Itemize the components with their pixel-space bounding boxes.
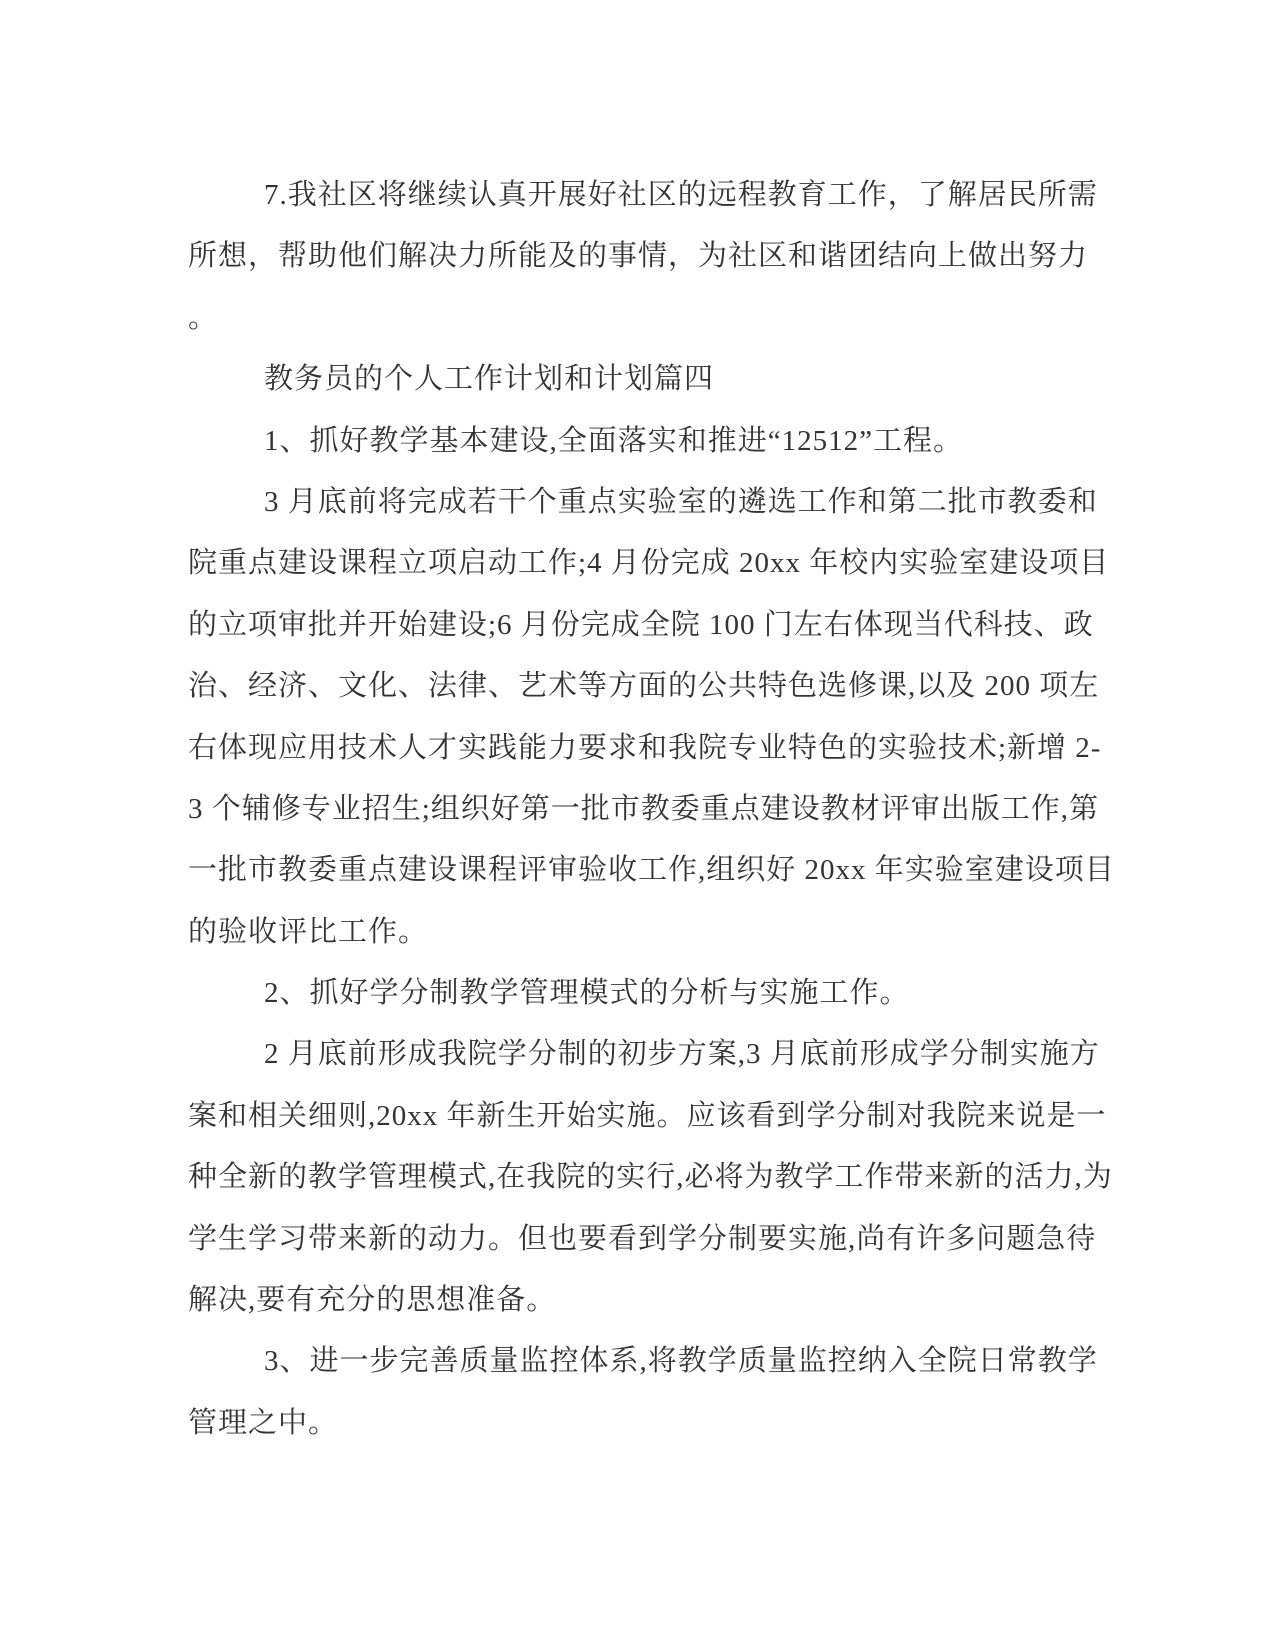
document-page: 7.我社区将继续认真开展好社区的远程教育工作，了解居民所需所想，帮助他们解决力所… bbox=[0, 0, 1275, 1650]
text-line: 3 个辅修专业招生;组织好第一批市教委重点建设教材评审出版工作,第 bbox=[188, 779, 1168, 840]
text-line: 的验收评比工作。 bbox=[188, 902, 1168, 963]
text-line: 治、经济、文化、法律、艺术等方面的公共特色选修课,以及 200 项左 bbox=[188, 656, 1168, 717]
text-line: 3 月底前将完成若干个重点实验室的遴选工作和第二批市教委和 bbox=[188, 472, 1168, 533]
text-line: 所想，帮助他们解决力所能及的事情，为社区和谐团结向上做出努力 bbox=[188, 226, 1168, 287]
text-line: 1、抓好教学基本建设,全面落实和推进“12512”工程。 bbox=[188, 411, 1168, 472]
text-line: 种全新的教学管理模式,在我院的实行,必将为教学工作带来新的活力,为 bbox=[188, 1147, 1168, 1208]
document-text-block: 7.我社区将继续认真开展好社区的远程教育工作，了解居民所需所想，帮助他们解决力所… bbox=[188, 165, 1168, 1454]
text-line: 2、抓好学分制教学管理模式的分析与实施工作。 bbox=[188, 963, 1168, 1024]
text-line: 一批市教委重点建设课程评审验收工作,组织好 20xx 年实验室建设项目 bbox=[188, 840, 1168, 901]
text-line: 学生学习带来新的动力。但也要看到学分制要实施,尚有许多问题急待 bbox=[188, 1209, 1168, 1270]
text-line: 解决,要有充分的思想准备。 bbox=[188, 1270, 1168, 1331]
text-line: 教务员的个人工作计划和计划篇四 bbox=[188, 349, 1168, 410]
text-line: 7.我社区将继续认真开展好社区的远程教育工作，了解居民所需 bbox=[188, 165, 1168, 226]
text-line: 的立项审批并开始建设;6 月份完成全院 100 门左右体现当代科技、政 bbox=[188, 595, 1168, 656]
text-line: 案和相关细则,20xx 年新生开始实施。应该看到学分制对我院来说是一 bbox=[188, 1086, 1168, 1147]
text-line: 右体现应用技术人才实践能力要求和我院专业特色的实验技术;新增 2- bbox=[188, 718, 1168, 779]
text-line: 。 bbox=[188, 288, 1168, 349]
text-line: 院重点建设课程立项启动工作;4 月份完成 20xx 年校内实验室建设项目 bbox=[188, 533, 1168, 594]
text-line: 管理之中。 bbox=[188, 1393, 1168, 1454]
text-line: 3、进一步完善质量监控体系,将教学质量监控纳入全院日常教学 bbox=[188, 1331, 1168, 1392]
text-line: 2 月底前形成我院学分制的初步方案,3 月底前形成学分制实施方 bbox=[188, 1024, 1168, 1085]
